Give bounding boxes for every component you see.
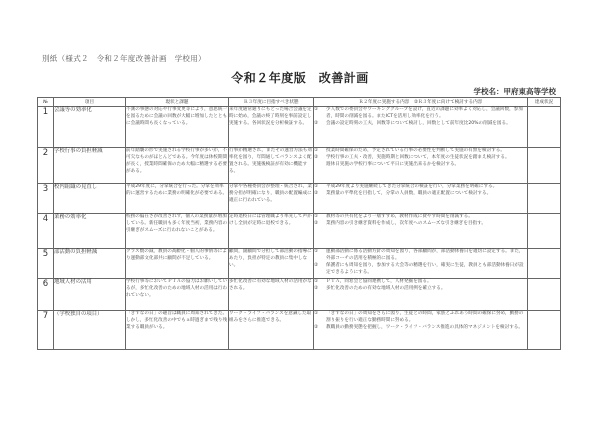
plan-text: 教職員の勤務実態を把握し，ワーク・ライフ・バランス推進の具体的マネジメントを検討… <box>326 325 527 332</box>
plan-mark: ② <box>314 286 326 293</box>
row-target: 行事が精選され，またその運営方法も効率化を図り，年間通してバランスよく配置される… <box>229 148 314 184</box>
row-plans: ①ＰＴＡ，同窓会と協同連携して，人材発掘を図る。②多忙化改善のための有効な地域人… <box>314 279 528 311</box>
row-number: 2 <box>38 148 54 184</box>
row-plans: ①授業時間確保のため，予定されている行事の必要性を判断して実施の有無を検討する。… <box>314 148 528 184</box>
plan-text: 運動部活動に係る活動方針の周知を図り，各部顧問が，部活動休養日を適切に設定する。… <box>326 249 527 263</box>
plan-line: ②多忙化改善のための有効な地域人材の活用例を確立する。 <box>314 286 527 293</box>
row-number: 7 <box>38 311 54 350</box>
row-plans: ①少人数での委員会やワーキンググループを設け，直近の課題に効率よく対応し，会議回… <box>314 107 528 148</box>
table-row: 6 地域人材の活用 学校行事等においてＰＴＡの協力はお願いしているが，多忙化改善… <box>38 279 561 311</box>
plan-line: ②業務量の平準化を目指して，分掌の人員数，職員の適正配置について検討する。 <box>314 191 527 198</box>
table-row: 3 校内組織の見直し 平成29年度に，分掌統合を行った。分掌を効率的に運営するた… <box>38 184 561 214</box>
header-current: 現状と課題 <box>126 98 229 107</box>
plan-text: 保護者にも周知を図り，参加する大会等の精選を行い，確実に生徒，教員とも部活動休養… <box>326 263 527 277</box>
table-row: 4 業務の効率化 校務の偏在さが改善されず，個人の業務量が増加している。新任職員… <box>38 214 561 249</box>
row-status <box>528 279 561 311</box>
row-item: 学校行事の負担軽減 <box>54 148 126 184</box>
plan-line: ①授業時間確保のため，予定されている行事の必要性を判断して実施の有無を検討する。 <box>314 148 527 155</box>
plan-text: 週休日実施の学校行事について平日に実施出来るかを検討する。 <box>326 162 527 169</box>
row-status <box>528 214 561 249</box>
plan-text: 「きずなの日」の周知をさらに図り，生徒との時間，家族とふれあう時間の確保に努め，… <box>326 311 527 325</box>
row-current: 平成29年度に，分掌統合を行った。分掌を効率的に運営するために業務の明確化が必要… <box>126 184 229 214</box>
row-target: 分掌や各種委員会が整理・統合され，業務分担が明確になり，職員の配置編成に適正に行… <box>229 184 314 214</box>
row-number: 1 <box>38 107 54 148</box>
row-current: 不測の事態の対応や行事変更等により，意思統一を図るために会議の回数が大幅に増加し… <box>126 107 229 148</box>
row-number: 5 <box>38 249 54 279</box>
row-plans: ①「きずなの日」の周知をさらに図り，生徒との時間，家族とふれあう時間の確保に努め… <box>314 311 528 350</box>
row-status <box>528 311 561 350</box>
plan-mark: ② <box>314 325 326 332</box>
header-item: 項目 <box>54 98 126 107</box>
plan-text: 学校行事の工夫・改善，実施時期と回数について，本年度の生徒状況を踏まえ検討する。 <box>326 155 527 162</box>
row-target: 顧問，副顧問で分担して部活動の指導にあたり，負担が特定の教員に集中しない。 <box>229 249 314 279</box>
plan-mark: ② <box>314 191 326 198</box>
plan-line: ①運動部活動に係る活動方針の周知を図り，各部顧問が，部活動休養日を適切に設定する… <box>314 249 527 263</box>
improvement-plan-table: № 項目 現状と課題 Ｒ３年度に目指すべき状態 Ｒ２年度に実施する内容 ②Ｒ３年… <box>37 97 561 350</box>
row-current: 校務の偏在さが改善されず，個人の業務量が増加している。新任職員も多く年度当初，業… <box>126 214 229 249</box>
plan-mark: ② <box>314 221 326 228</box>
plan-text: 授業時間確保のため，予定されている行事の必要性を判断して実施の有無を検討する。 <box>326 148 527 155</box>
row-status <box>528 148 561 184</box>
plan-text: 平成29年度より実施継続してきた分掌統合の検証を行い，分掌業務を明確にする。 <box>326 184 527 191</box>
plan-mark: ① <box>314 148 326 155</box>
header-target: Ｒ３年度に目指すべき状態 <box>229 98 314 107</box>
row-status <box>528 184 561 214</box>
school-name: 学校名：甲府東高等学校 <box>474 86 557 97</box>
row-current: 「きずなの日」の趣旨は職員に周知されてきた。しかし，多忙化改善の中でもａ時過ぎま… <box>126 311 229 350</box>
header-no: № <box>38 98 54 107</box>
plan-line: ①少人数での委員会やワーキンググループを設け，直近の課題に効率よく対応し，会議回… <box>314 107 527 121</box>
row-status <box>528 107 561 148</box>
row-current: 学校行事等においてＰＴＡの協力はお願いしているが，多忙化改善のための地域人材の活… <box>126 279 229 311</box>
row-status <box>528 249 561 279</box>
row-plans: ①運動部活動に係る活動方針の周知を図り，各部顧問が，部活動休養日を適切に設定する… <box>314 249 528 279</box>
row-item: 部活動の負担軽減 <box>54 249 126 279</box>
row-number: 4 <box>38 214 54 249</box>
plan-line: ②業務内容の引き継ぎ資料を作成し，次年度へのスムーズな引き継ぎを目指す。 <box>314 221 527 228</box>
plan-line: ②学校行事の工夫・改善，実施時期と回数について，本年度の生徒状況を踏まえ検討する… <box>314 155 527 162</box>
plan-line: ②会議の設定時刻の工夫，回数等について検討し，回数として前年度比20%の削減を図… <box>314 121 527 128</box>
table-header-row: № 項目 現状と課題 Ｒ３年度に目指すべき状態 Ｒ２年度に実施する内容 ②Ｒ３年… <box>38 98 561 107</box>
plan-line: ①ＰＴＡ，同窓会と協同連携して，人材発掘を図る。 <box>314 279 527 286</box>
plan-text: 業務内容の引き継ぎ資料を作成し，次年度へのスムーズな引き継ぎを目指す。 <box>326 221 527 228</box>
row-item: （学校独自の項目） <box>54 311 126 350</box>
row-target: 多忙化改善に有効な地域人材の活用がなされる。 <box>229 279 314 311</box>
table-row: 7 （学校独自の項目） 「きずなの日」の趣旨は職員に周知されてきた。しかし，多忙… <box>38 311 561 350</box>
row-target: 定時退校日には管理職より率先して声かけし全員が定時に退校できる。 <box>229 214 314 249</box>
row-item: 校内組織の見直し <box>54 184 126 214</box>
plan-mark: ② <box>314 155 326 162</box>
plan-mark: ① <box>314 214 326 221</box>
plan-mark: ② <box>314 263 326 277</box>
plan-mark: ② <box>314 121 326 128</box>
form-label: 別紙（様式２ 令和２年度改善計画 学校用） <box>42 53 206 64</box>
plan-mark: ① <box>314 279 326 286</box>
plan-text: 多忙化改善のための有効な地域人材の活用例を確立する。 <box>326 286 527 293</box>
table-row: 1 会議等の効率化 不測の事態の対応や行事変更等により，意思統一を図るために会議… <box>38 107 561 148</box>
plan-line: ①「きずなの日」の周知をさらに図り，生徒との時間，家族とふれあう時間の確保に努め… <box>314 311 527 325</box>
row-target: ワーク・ライフ・バランスを意識した取組みをさらに推進できる。 <box>229 311 314 350</box>
plan-line: 週休日実施の学校行事について平日に実施出来るかを検討する。 <box>314 162 527 169</box>
row-item: 地域人材の活用 <box>54 279 126 311</box>
plan-mark: ① <box>314 184 326 191</box>
plan-text: ＰＴＡ，同窓会と協同連携して，人材発掘を図る。 <box>326 279 527 286</box>
row-plans: ①教材等の共有化をより一層すすめ，教材作成に費やす時間を削減する。②業務内容の引… <box>314 214 528 249</box>
row-current: 前年踏襲の形で実施される学校行事が多いが，不可欠なものがほとんどである。今年度は… <box>126 148 229 184</box>
plan-text: 会議の設定時刻の工夫，回数等について検討し，回数として前年度比20%の削減を図る… <box>326 121 527 128</box>
row-item: 会議等の効率化 <box>54 107 126 148</box>
plan-text: 業務量の平準化を目指して，分掌の人員数，職員の適正配置について検討する。 <box>326 191 527 198</box>
row-current: クラス数の減，教員の高齢化・個人的事情等により運動部文化部共に顧問が不足している… <box>126 249 229 279</box>
plan-mark: ① <box>314 249 326 263</box>
plan-text: 少人数での委員会やワーキンググループを設け，直近の課題に効率よく対応し，会議回数… <box>326 107 527 121</box>
plan-mark: ① <box>314 107 326 121</box>
row-item: 業務の効率化 <box>54 214 126 249</box>
plan-line: ①教材等の共有化をより一層すすめ，教材作成に費やす時間を削減する。 <box>314 214 527 221</box>
plan-line: ②保護者にも周知を図り，参加する大会等の精選を行い，確実に生徒，教員とも部活動休… <box>314 263 527 277</box>
table-row: 5 部活動の負担軽減 クラス数の減，教員の高齢化・個人的事情等により運動部文化部… <box>38 249 561 279</box>
plan-mark <box>314 162 326 169</box>
row-plans: ①平成29年度より実施継続してきた分掌統合の検証を行い，分掌業務を明確にする。②… <box>314 184 528 214</box>
header-status: 達成状況 <box>528 98 561 107</box>
plan-line: ②教職員の勤務実態を把握し，ワーク・ライフ・バランス推進の具体的マネジメントを検… <box>314 325 527 332</box>
row-target: 来年度通常通りにもどった場合会議を定時に始め，会議の終了時刻を事前設定し実施する… <box>229 107 314 148</box>
header-plans: Ｒ２年度に実施する内容 ②Ｒ３年度に向けて検討する内容 <box>314 98 528 107</box>
row-number: 6 <box>38 279 54 311</box>
table-row: 2 学校行事の負担軽減 前年踏襲の形で実施される学校行事が多いが，不可欠なものが… <box>38 148 561 184</box>
plan-text: 教材等の共有化をより一層すすめ，教材作成に費やす時間を削減する。 <box>326 214 527 221</box>
page-title: 令和２年度版 改善計画 <box>0 69 600 86</box>
plan-line: ①平成29年度より実施継続してきた分掌統合の検証を行い，分掌業務を明確にする。 <box>314 184 527 191</box>
row-number: 3 <box>38 184 54 214</box>
plan-mark: ① <box>314 311 326 325</box>
